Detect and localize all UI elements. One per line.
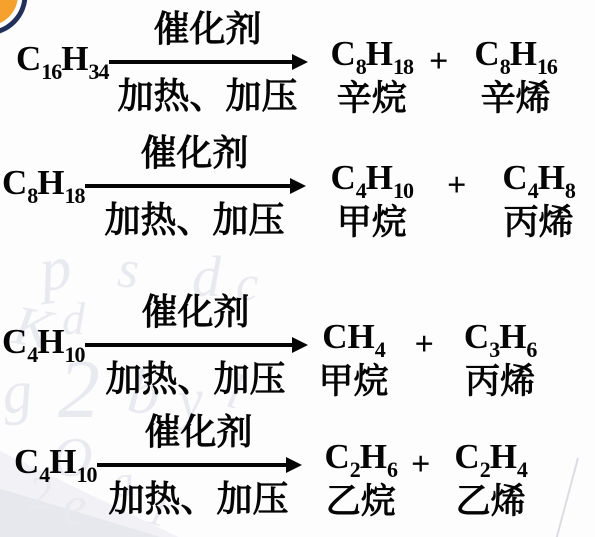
conditions-label: 加热、加压 xyxy=(118,78,298,114)
reactant-formula: C4H10 xyxy=(2,324,85,366)
plus-sign: + xyxy=(411,448,430,482)
formula-element: H xyxy=(348,317,375,356)
product-name: 辛烯 xyxy=(481,81,551,116)
formula-subscript: 2 xyxy=(350,457,360,482)
formula-element: H xyxy=(37,163,64,202)
product-formula: C3H6 xyxy=(464,319,537,361)
catalyst-label: 催化剂 xyxy=(142,294,250,330)
formula-element: C xyxy=(502,158,527,197)
formula-element: H xyxy=(360,437,387,476)
formula-subscript: 10 xyxy=(77,462,97,487)
arrow-group: 催化剂 加热、加压 xyxy=(85,294,307,397)
product-2: C4H8 丙烯 xyxy=(502,160,575,240)
product-formula: CH4 xyxy=(322,319,385,361)
formula-subscript: 8 xyxy=(565,178,575,203)
formula-element: H xyxy=(61,39,88,78)
product-1: C2H6 乙烷 xyxy=(325,439,398,519)
formula-subscript: 10 xyxy=(65,342,85,367)
product-2: C2H4 乙烯 xyxy=(454,439,527,519)
reactant-formula: C8H18 xyxy=(2,165,85,207)
formula-subscript: 18 xyxy=(393,54,413,79)
conditions-label: 加热、加压 xyxy=(106,361,286,397)
formula-element: C xyxy=(2,322,27,361)
product-formula: C4H10 xyxy=(331,160,414,202)
product-formula: C4H8 xyxy=(502,160,575,202)
formula-element: C xyxy=(474,34,499,73)
chemistry-slide: psdcKdg2bylO2ae1 C16H34 催化剂 加热、加压 C8H18 … xyxy=(0,0,595,537)
right-arrow-icon xyxy=(85,177,305,195)
formula-element: H xyxy=(366,158,393,197)
formula-element: H xyxy=(37,322,64,361)
plus-sign: + xyxy=(415,328,434,362)
formula-subscript: 4 xyxy=(517,457,527,482)
formula-subscript: 8 xyxy=(356,54,366,79)
arrow-group: 催化剂 加热、加压 xyxy=(85,135,305,238)
formula-subscript: 8 xyxy=(500,54,510,79)
watermark-letter: s xyxy=(116,241,142,297)
product-name: 乙烯 xyxy=(456,484,526,519)
formula-element: H xyxy=(366,34,393,73)
formula-subscript: 8 xyxy=(27,183,37,208)
formula-element: C xyxy=(2,163,27,202)
formula-subscript: 4 xyxy=(375,337,385,362)
product-name: 乙烷 xyxy=(326,484,396,519)
product-name: 甲烷 xyxy=(337,205,407,240)
right-arrow-icon xyxy=(97,456,301,474)
formula-subscript: 6 xyxy=(526,337,536,362)
reaction-row-3: C4H10 催化剂 加热、加压 CH4 甲烷 + C3H6 丙烯 xyxy=(0,291,595,399)
formula-element: C xyxy=(331,158,356,197)
catalyst-label: 催化剂 xyxy=(145,414,253,450)
product-1: C4H10 甲烷 xyxy=(331,160,414,240)
catalyst-label: 催化剂 xyxy=(141,135,249,171)
formula-element: C xyxy=(14,442,39,481)
product-2: C3H6 丙烯 xyxy=(464,319,537,399)
formula-subscript: 16 xyxy=(41,59,61,84)
reaction-row-1: C16H34 催化剂 加热、加压 C8H18 辛烷 + C8H16 辛烯 xyxy=(0,8,595,116)
formula-subscript: 6 xyxy=(387,457,397,482)
formula-element: C xyxy=(464,317,489,356)
formula-element: C xyxy=(454,437,479,476)
plus-sign: + xyxy=(447,169,466,203)
formula-element: C xyxy=(325,437,350,476)
formula-subscript: 18 xyxy=(65,183,85,208)
formula-subscript: 4 xyxy=(356,178,366,203)
formula-subscript: 4 xyxy=(27,342,37,367)
formula-subscript: 3 xyxy=(489,337,499,362)
formula-element: C xyxy=(331,34,356,73)
conditions-label: 加热、加压 xyxy=(105,202,285,238)
formula-element: C xyxy=(16,39,41,78)
formula-subscript: 4 xyxy=(528,178,538,203)
reaction-row-2: C8H18 催化剂 加热、加压 C4H10 甲烷 + C4H8 丙烯 xyxy=(0,132,595,240)
formula-element: H xyxy=(490,437,517,476)
formula-element: C xyxy=(322,317,347,356)
product-formula: C8H18 xyxy=(331,36,414,78)
plus-sign: + xyxy=(429,45,448,79)
product-formula: C2H6 xyxy=(325,439,398,481)
formula-element: H xyxy=(49,442,76,481)
reactant-formula: C4H10 xyxy=(14,444,97,486)
formula-subscript: 4 xyxy=(39,462,49,487)
reactant-formula: C16H34 xyxy=(16,41,109,83)
formula-element: H xyxy=(499,317,526,356)
formula-subscript: 16 xyxy=(537,54,557,79)
product-1: CH4 甲烷 xyxy=(319,319,389,399)
product-name: 丙烯 xyxy=(504,205,574,240)
product-formula: C2H4 xyxy=(454,439,527,481)
product-1: C8H18 辛烷 xyxy=(331,36,414,116)
product-formula: C8H16 xyxy=(474,36,557,78)
formula-element: H xyxy=(510,34,537,73)
product-2: C8H16 辛烯 xyxy=(474,36,557,116)
arrow-group: 催化剂 加热、加压 xyxy=(109,11,307,114)
reaction-row-4: C4H10 催化剂 加热、加压 C2H6 乙烷 + C2H4 乙烯 xyxy=(0,411,595,519)
product-name: 甲烷 xyxy=(319,364,389,399)
conditions-label: 加热、加压 xyxy=(109,481,289,517)
right-arrow-icon xyxy=(85,336,307,354)
product-name: 辛烷 xyxy=(337,81,407,116)
formula-subscript: 34 xyxy=(89,59,109,84)
right-arrow-icon xyxy=(109,53,307,71)
formula-element: H xyxy=(538,158,565,197)
formula-subscript: 10 xyxy=(393,178,413,203)
arrow-group: 催化剂 加热、加压 xyxy=(97,414,301,517)
formula-subscript: 2 xyxy=(480,457,490,482)
catalyst-label: 催化剂 xyxy=(154,11,262,47)
product-name: 丙烯 xyxy=(465,364,535,399)
